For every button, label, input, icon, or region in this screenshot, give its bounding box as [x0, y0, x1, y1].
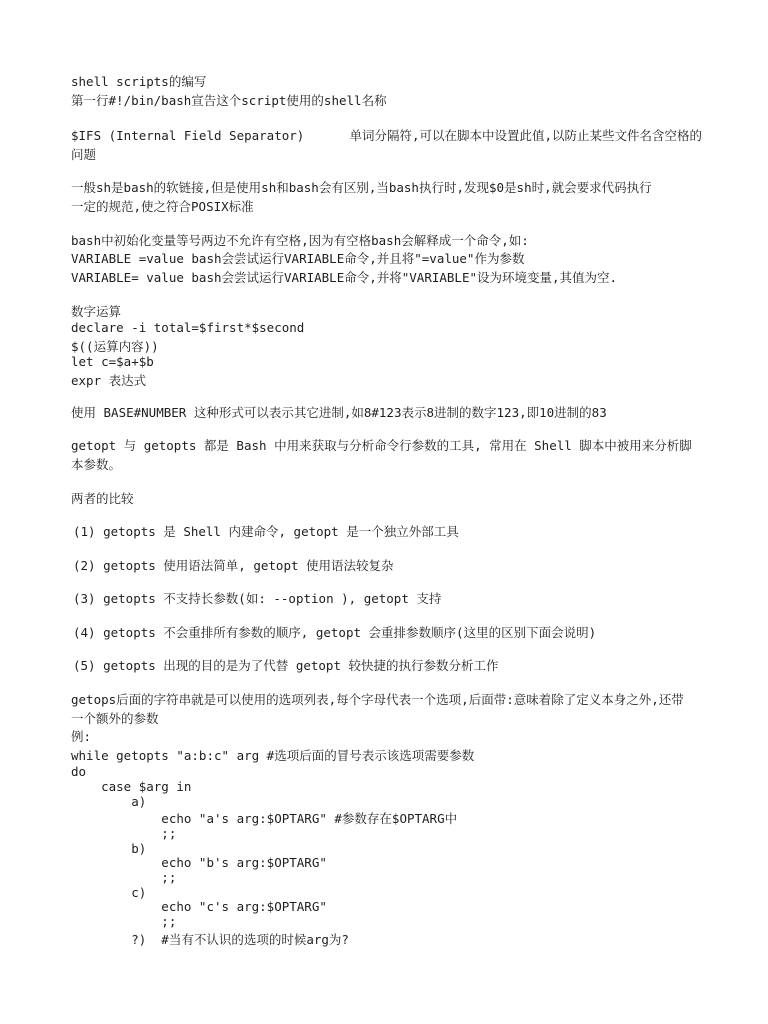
comparison-item: (2) getopts 使用语法简单, getopt 使用语法较复杂 — [73, 557, 394, 575]
ifs-line-2: 问题 — [71, 146, 96, 164]
comparison-item: (4) getopts 不会重排所有参数的顺序, getopt 会重排参数顺序(… — [73, 624, 596, 642]
shebang-line: 第一行#!/bin/bash宣告这个script使用的shell名称 — [71, 92, 387, 110]
base-number-line: 使用 BASE#NUMBER 这种形式可以表示其它进制,如8#123表示8进制的… — [71, 404, 607, 422]
arithmetic-line-let: let c=$a+$b — [71, 353, 154, 371]
comparison-item: (1) getopts 是 Shell 内建命令, getopt 是一个独立外部… — [73, 523, 459, 541]
getopt-intro-line-1: getopt 与 getopts 都是 Bash 中用来获取与分析命令行参数的工… — [71, 437, 692, 455]
variables-example-1: VARIABLE =value bash会尝试运行VARIABLE命令,并且将"… — [71, 250, 524, 268]
comparison-item: (5) getopts 出现的目的是为了代替 getopt 较快捷的执行参数分析… — [73, 657, 499, 675]
comparison-heading: 两者的比较 — [71, 490, 134, 508]
code-line: while getopts "a:b:c" arg #选项后面的冒号表示该选项需… — [71, 747, 474, 765]
variables-intro: bash中初始化变量等号两边不允许有空格,因为有空格bash会解释成一个命令,如… — [71, 232, 529, 250]
code-line: a) — [71, 793, 146, 811]
arithmetic-line-expr: expr 表达式 — [71, 372, 146, 390]
code-line: ?) #当有不认识的选项的时候arg为? — [71, 931, 349, 949]
sh-link-line-2: 一定的规范,使之符合POSIX标准 — [71, 198, 254, 216]
code-line: ;; — [71, 913, 176, 931]
document-title: shell scripts的编写 — [71, 73, 206, 91]
variables-example-2: VARIABLE= value bash会尝试运行VARIABLE命令,并将"V… — [71, 269, 617, 287]
comparison-item: (3) getopts 不支持长参数(如: --option ), getopt… — [73, 590, 441, 608]
arithmetic-line-declare: declare -i total=$first*$second — [71, 319, 304, 337]
getops-desc-line-1: getops后面的字符串就是可以使用的选项列表,每个字母代表一个选项,后面带:意… — [71, 691, 684, 709]
ifs-line-1: $IFS (Internal Field Separator) 单词分隔符,可以… — [71, 127, 702, 145]
example-label: 例: — [71, 728, 91, 746]
sh-link-line-1: 一般sh是bash的软链接,但是使用sh和bash会有区别,当bash执行时,发… — [71, 179, 652, 197]
getops-desc-line-2: 一个额外的参数 — [71, 710, 159, 728]
getopt-intro-line-2: 本参数。 — [71, 456, 121, 474]
